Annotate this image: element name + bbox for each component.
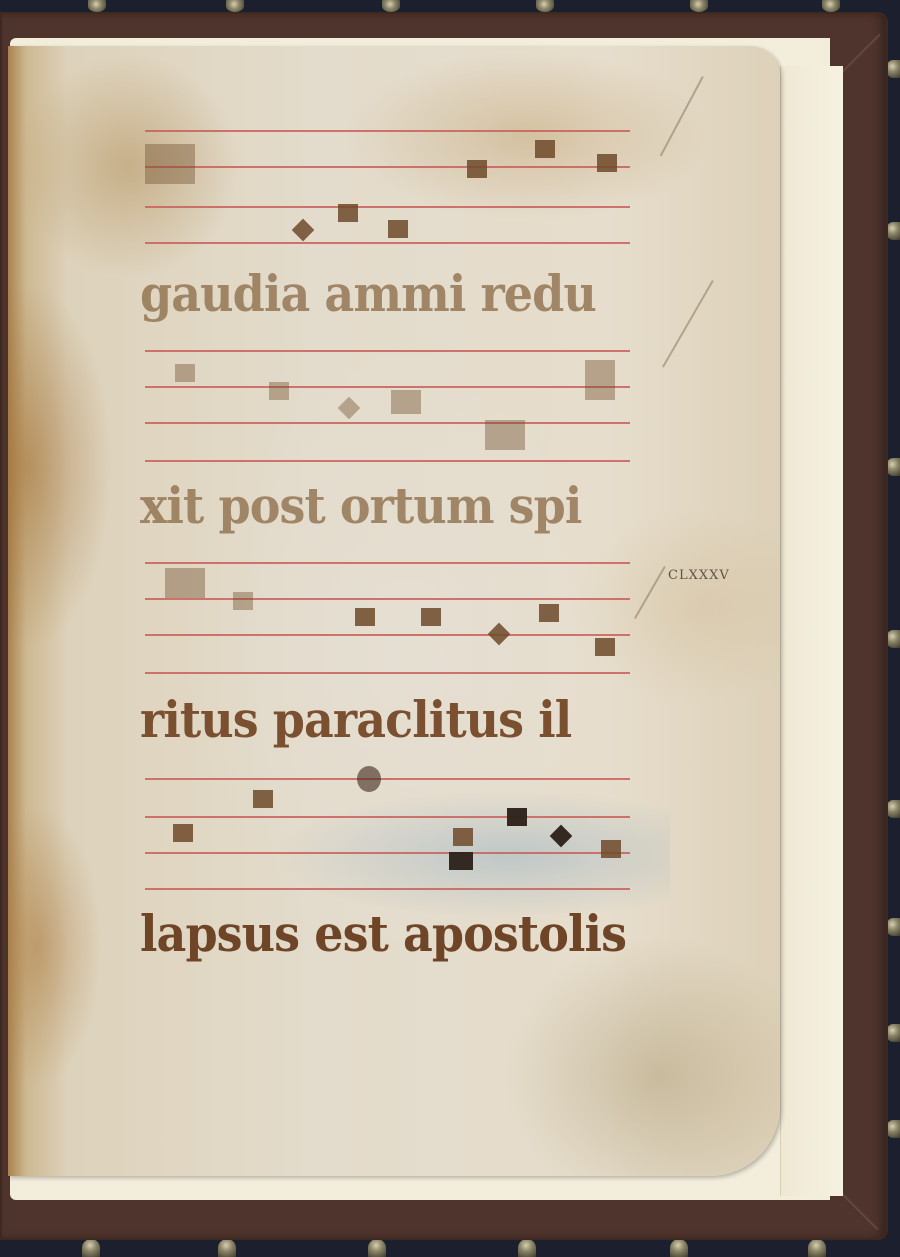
brass-stud xyxy=(218,1239,236,1257)
brass-stud xyxy=(82,1239,100,1257)
brass-stud xyxy=(886,1024,900,1042)
brass-stud xyxy=(536,0,554,12)
music-staff xyxy=(145,350,630,470)
brass-stud xyxy=(886,918,900,936)
brass-stud xyxy=(670,1239,688,1257)
brass-stud xyxy=(822,0,840,12)
brass-stud xyxy=(886,222,900,240)
lyric-line: gaudia ammi redu xyxy=(140,264,596,323)
brass-stud xyxy=(226,0,244,12)
music-staff xyxy=(145,130,630,250)
lyric-line: lapsus est apostolis xyxy=(140,904,626,963)
music-staff xyxy=(145,562,630,682)
brass-stud xyxy=(382,0,400,12)
brass-stud xyxy=(368,1239,386,1257)
brass-stud xyxy=(690,0,708,12)
brass-stud xyxy=(886,1120,900,1138)
lyric-line: xit post ortum spi xyxy=(140,476,581,535)
page-stack-edge xyxy=(780,66,843,1196)
brass-stud xyxy=(886,458,900,476)
lyric-line: ritus paraclitus il xyxy=(140,690,571,749)
brass-stud xyxy=(886,800,900,818)
brass-stud xyxy=(808,1239,826,1257)
brass-stud xyxy=(886,630,900,648)
brass-stud xyxy=(88,0,106,12)
brass-stud xyxy=(518,1239,536,1257)
folio-number: CLXXXV xyxy=(668,568,730,583)
music-staff xyxy=(145,778,630,898)
brass-stud xyxy=(886,60,900,78)
